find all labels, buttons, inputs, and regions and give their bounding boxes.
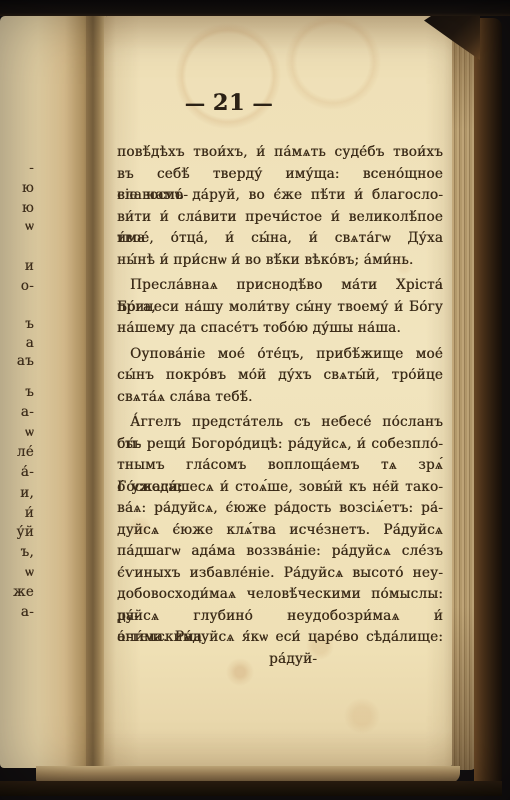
text-line: твое́, о́тца́, и́ сы́на, и́ свѧта́гѡ Ду́… bbox=[117, 228, 443, 250]
text-line: ва́ѧ: ра́дуйсѧ, є́юже ра́дость возсіѧ́ет… bbox=[117, 498, 443, 520]
background-top-band bbox=[0, 0, 510, 16]
text-line: сы́нъ покро́въ мо́й ду́хъ свѧты́й, тро́й… bbox=[117, 365, 443, 387]
page-text: повѣ́дѣхъ твои́хъ, и́ па́мѧть суде́бъ тв… bbox=[117, 142, 443, 670]
text-line: добовосходи́маѧ человѣ́ческими по́мыслы:… bbox=[117, 584, 443, 606]
book-cover-edge-right bbox=[474, 18, 502, 784]
text-line: віе намъ да́руй, во є́же пѣ́ти и́ благос… bbox=[117, 185, 443, 207]
text-line: дуйсѧ є́юже клѧ́тва исче́знетъ. Ра́дуйсѧ bbox=[117, 520, 443, 542]
text-line: ны́нѣ и́ при́снѡ и́ во вѣ́ки вѣко́въ; а́… bbox=[117, 250, 443, 272]
text-fragment: ъ bbox=[25, 384, 34, 400]
text-line: свѧта́ѧ сла́ва тебѣ́. bbox=[117, 387, 443, 409]
text-fragment: ю bbox=[22, 180, 34, 196]
text-fragment: и́ bbox=[25, 505, 34, 521]
text-line: очи́ма. Ра́дуйсѧ я́кѡ еси́ царе́во сѣда́… bbox=[117, 627, 443, 649]
text-line: А́ггелъ предста́тель съ небесе́ по́сланъ… bbox=[117, 412, 443, 434]
text-line: є́ѵиныхъ избавле́ніе. Ра́дуйсѧ высото́ н… bbox=[117, 563, 443, 585]
text-fragment: - bbox=[29, 160, 34, 176]
left-page: -ююѡио-ъааъъа-ѡле́а́-и,и́у́йъ,ѡжеа- bbox=[0, 16, 90, 768]
text-fragment: ъ, bbox=[21, 544, 34, 560]
text-fragment: о- bbox=[21, 278, 34, 294]
text-line: тнымъ гла́сомъ воплоща́емъ тѧ зрѧ́ Го́сп… bbox=[117, 455, 443, 477]
text-line: повѣ́дѣхъ твои́хъ, и́ па́мѧть суде́бъ тв… bbox=[117, 142, 443, 164]
text-line: о́ ужаса́шесѧ и́ стоѧ́ше, зовы́й къ не́й… bbox=[117, 477, 443, 499]
book-photo: -ююѡио-ъааъъа-ѡле́а́-и,и́у́йъ,ѡжеа- —21—… bbox=[0, 0, 510, 800]
book-cover-edge-bottom bbox=[0, 781, 502, 796]
text-fragment: а́- bbox=[21, 464, 34, 480]
text-fragment: ѡ bbox=[25, 218, 34, 234]
book-page: —21— повѣ́дѣхъ твои́хъ, и́ па́мѧть суде́… bbox=[104, 16, 456, 772]
text-fragment: аъ bbox=[17, 353, 34, 369]
text-fragment: ле́ bbox=[17, 444, 34, 460]
book-gutter bbox=[86, 16, 106, 770]
text-fragment: а- bbox=[21, 604, 34, 620]
text-line: дуйсѧ глубино́ неудобозри́маѧ и́ а́ггелс… bbox=[117, 606, 443, 628]
text-line: стъ рещи́ Богоро́дицѣ: ра́дуйсѧ, и́ собе… bbox=[117, 434, 443, 456]
text-fragment: же bbox=[13, 584, 34, 600]
text-line: Пресла́внаѧ приснодѣ́во ма́ти Хріста́ Бо… bbox=[117, 275, 443, 297]
text-fragment: а bbox=[26, 335, 34, 351]
text-line: на́шему да спасе́тъ тобо́ю ду́шы на́ша. bbox=[117, 318, 443, 340]
text-fragment: ъ bbox=[25, 316, 34, 332]
text-line: па́дшагѡ ада́ма воззва́ніе: ра́дуйсѧ сле… bbox=[117, 541, 443, 563]
text-line: въ себѣ́ тверду́ иму́ща: всено́щное слав… bbox=[117, 164, 443, 186]
page-header: —21— bbox=[160, 90, 298, 116]
page-number: 21 bbox=[206, 90, 253, 116]
text-line: ви́ти и́ сла́вити пречи́стое и́ великолѣ… bbox=[117, 207, 443, 229]
text-fragment: у́й bbox=[16, 524, 34, 540]
text-fragment: и bbox=[25, 258, 34, 274]
catchword: ра́дуй- bbox=[117, 649, 443, 671]
text-line: Оупова́ніе мое́ о́те́цъ, прибѣ́жище мое́ bbox=[117, 344, 443, 366]
text-fragment: ѡ bbox=[25, 564, 34, 580]
text-fragment: ю bbox=[22, 200, 34, 216]
text-fragment: ѡ bbox=[25, 424, 34, 440]
text-line: принеси на́шу моли́тву сы́ну твоему́ и́ … bbox=[117, 297, 443, 319]
header-dash-right: — bbox=[252, 91, 273, 115]
header-dash-left: — bbox=[185, 91, 206, 115]
text-fragment: и, bbox=[20, 485, 34, 501]
text-fragment: а- bbox=[21, 404, 34, 420]
